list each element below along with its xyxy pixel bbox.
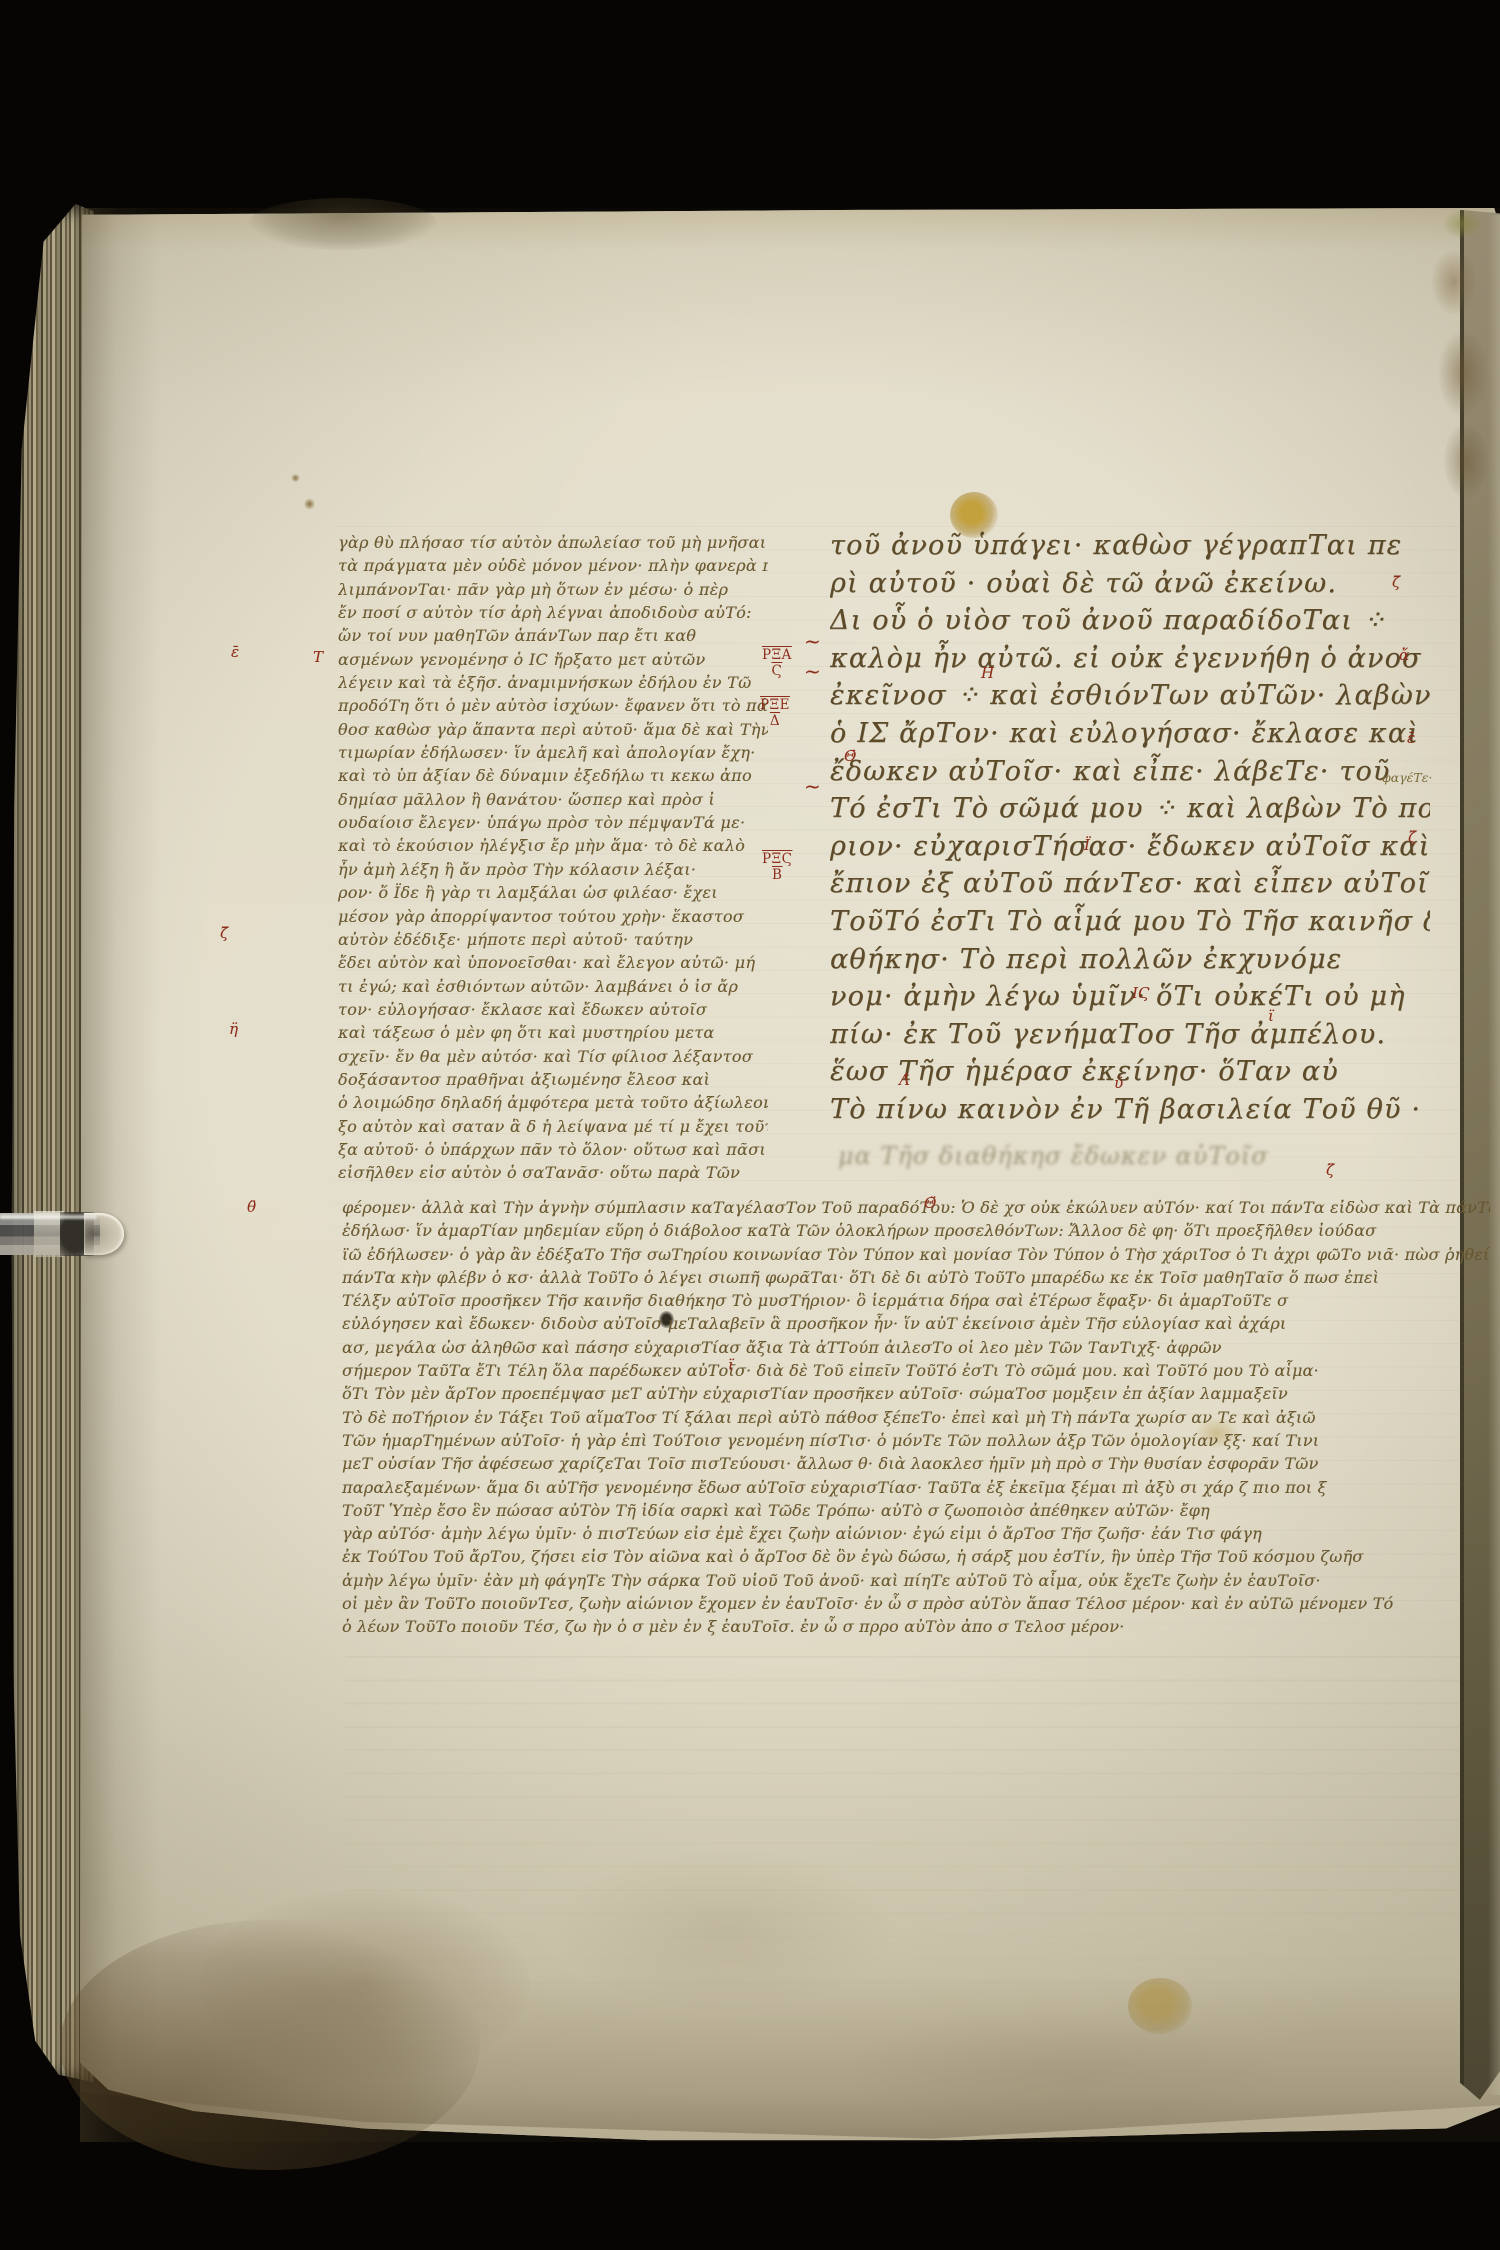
manuscript-photograph: μα Τῆσ διαθήκησ ἔδωκεν αὐΤοῖσ γὰρ θὺ πλή… — [0, 0, 1500, 2250]
page-holder-rod — [0, 1206, 132, 1262]
rod-rounded-tip — [84, 1213, 124, 1255]
photo-vignette — [80, 208, 1500, 2142]
rod-highlight — [0, 1215, 96, 1219]
